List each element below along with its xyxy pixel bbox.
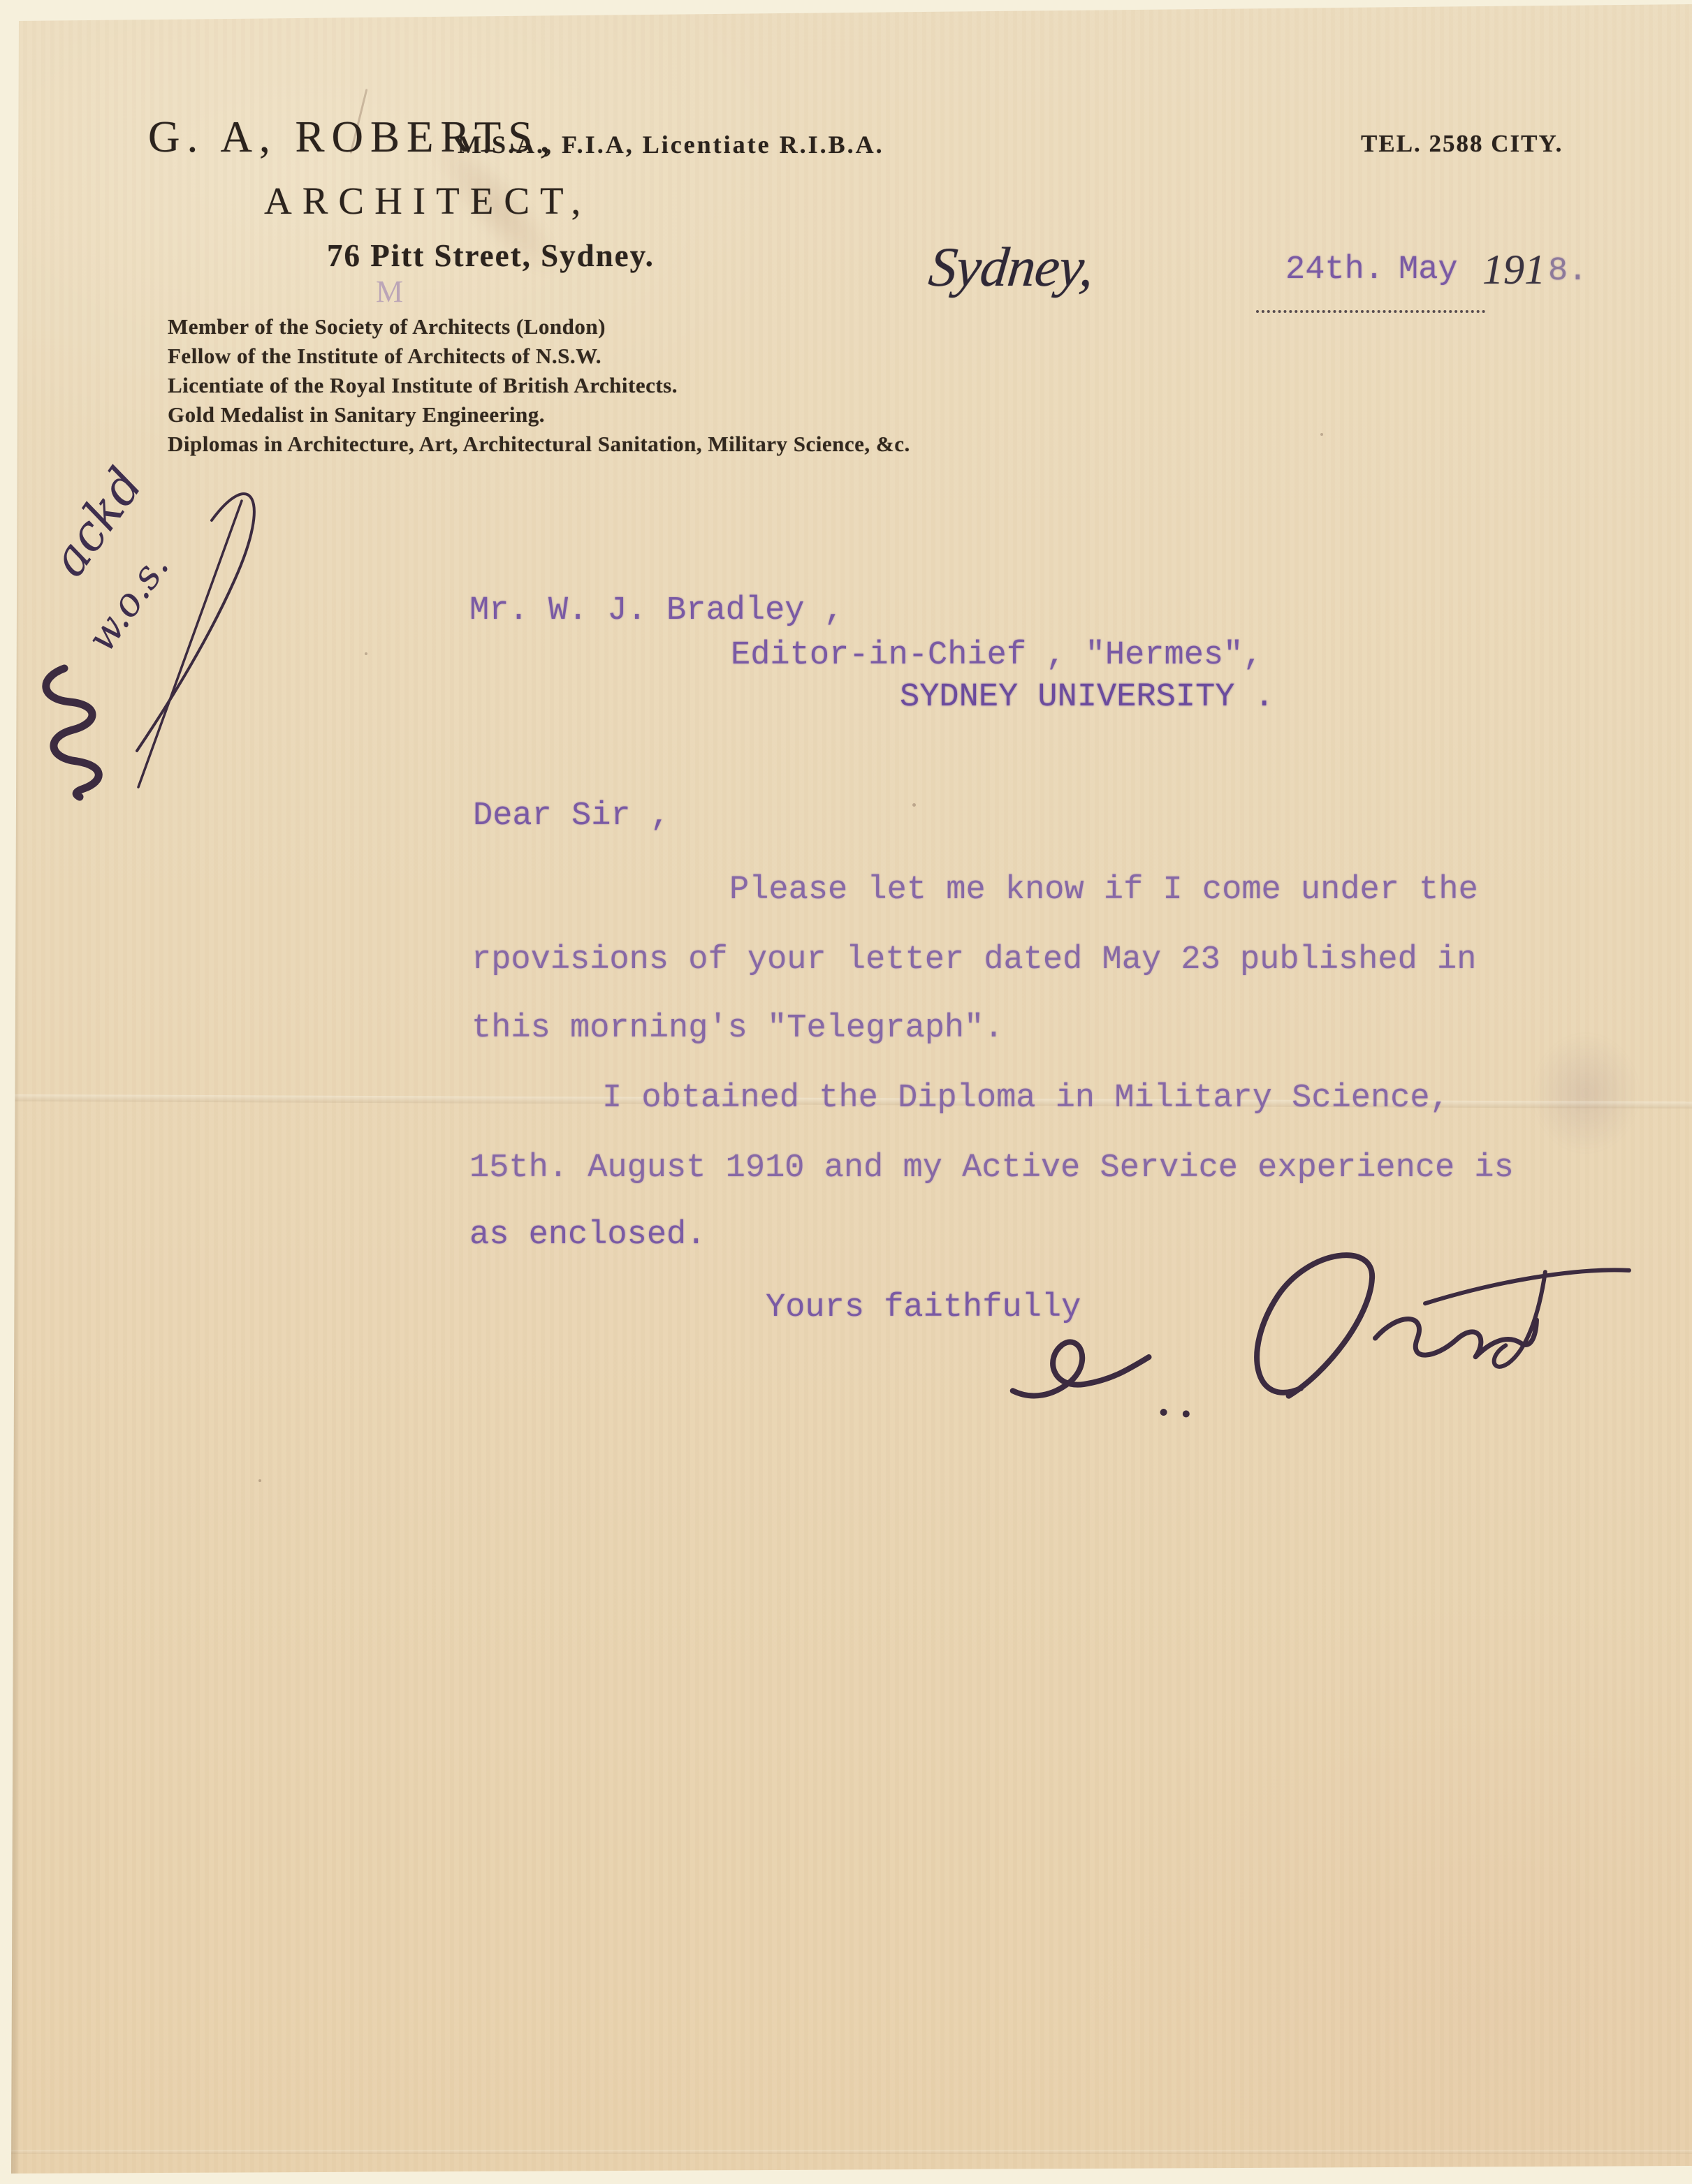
dateline-day: 24th. <box>1285 251 1384 288</box>
scan-page: G. A, ROBERTS, M.S.A., F.I.A, Licentiate… <box>0 0 1692 2184</box>
signature-dot <box>1183 1410 1190 1418</box>
credential-line: Diplomas in Architecture, Art, Architect… <box>168 430 910 459</box>
body-line: rpovisions of your letter dated May 23 p… <box>472 941 1476 979</box>
dateline-year-printed: 191 <box>1482 246 1545 294</box>
dust-speck <box>1320 433 1323 436</box>
body-line: 15th. August 1910 and my Active Service … <box>469 1150 1514 1187</box>
credential-line: Fellow of the Institute of Architects of… <box>168 342 910 371</box>
dateline-month: May <box>1399 251 1458 288</box>
salutation: Dear Sir , <box>473 798 670 835</box>
letter-paper: G. A, ROBERTS, M.S.A., F.I.A, Licentiate… <box>0 0 1692 2184</box>
signature-large-loop <box>1252 1254 1378 1398</box>
fold-crease <box>0 2150 1692 2154</box>
body-line: as enclosed. <box>469 1217 706 1254</box>
handwritten-annotation: ackd w.o.s. <box>41 457 271 807</box>
dateline-year-typed: 8. <box>1548 253 1587 290</box>
signature-dot <box>1160 1409 1167 1416</box>
stain <box>1533 1034 1638 1152</box>
dust-speck <box>258 1479 261 1482</box>
credential-line: Member of the Society of Architects (Lon… <box>168 312 910 342</box>
letterhead-telephone: TEL. 2588 CITY. <box>1361 130 1563 158</box>
body-line: I obtained the Diploma in Military Scien… <box>602 1080 1450 1117</box>
recipient-name: Mr. W. J. Bradley , <box>469 592 844 629</box>
signature-flourish <box>1424 1269 1630 1304</box>
credential-line: Gold Medalist in Sanitary Engineering. <box>168 400 910 430</box>
body-line: Please let me know if I come under the <box>729 872 1478 909</box>
annotation-loop-stroke <box>137 494 254 751</box>
annotation-squiggle-stroke <box>46 668 99 797</box>
letterhead-address: 76 Pitt Street, Sydney. <box>327 237 655 274</box>
dust-speck <box>912 803 916 807</box>
signature-ink <box>993 1225 1651 1440</box>
recipient-institution: SYDNEY UNIVERSITY . <box>900 679 1274 716</box>
letterhead-qualifications: M.S.A., F.I.A, Licentiate R.I.B.A. <box>458 130 884 159</box>
signature-scrawl <box>1374 1312 1538 1362</box>
signature-lead-loops <box>1010 1338 1151 1398</box>
credential-line: Licentiate of the Royal Institute of Bri… <box>168 371 910 400</box>
dust-speck <box>365 652 367 655</box>
body-line: this morning's "Telegraph". <box>472 1010 1004 1047</box>
annotation-slash-stroke <box>138 501 242 787</box>
dateline-place: Sydney, <box>926 236 1097 300</box>
faint-ink-offset-mark: M <box>376 274 403 309</box>
letterhead-title: ARCHITECT, <box>264 179 591 223</box>
recipient-role: Editor-in-Chief , "Hermes", <box>731 637 1263 674</box>
letterhead-credentials: Member of the Society of Architects (Lon… <box>168 312 910 459</box>
